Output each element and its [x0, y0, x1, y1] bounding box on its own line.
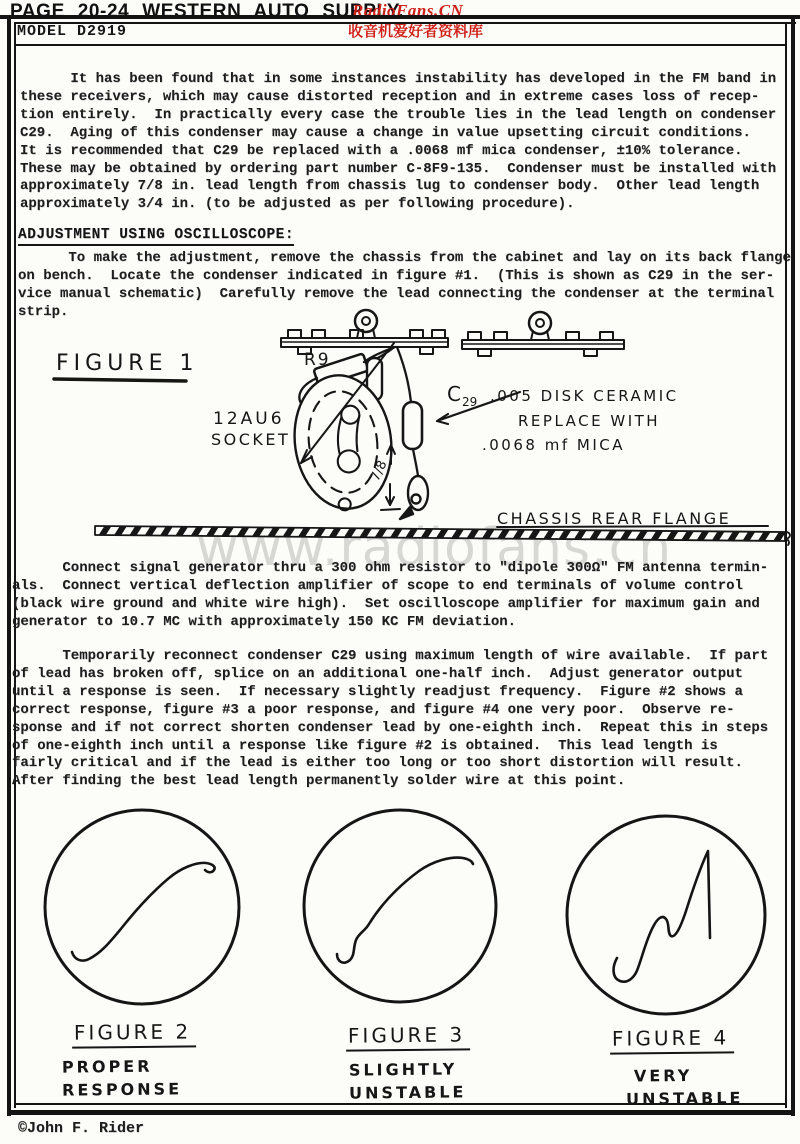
wire-c29-lead: [413, 449, 418, 476]
figure4-caption-line1: VERY: [634, 1063, 744, 1087]
section-heading-adjustment: ADJUSTMENT USING OSCILLOSCOPE:: [18, 227, 294, 246]
figure2-title: FIGURE 2: [72, 1019, 196, 1048]
terminal-strip-1: [281, 310, 448, 354]
very-unstable-trace: [614, 851, 710, 982]
paragraph-signal-generator: Connect signal generator thru a 300 ohm …: [12, 560, 768, 632]
left-border-thick: [7, 17, 11, 1116]
scope-circle: [567, 816, 765, 1014]
figure1-title: FIGURE 1: [56, 351, 198, 376]
figure4-drawing: [558, 810, 778, 1025]
model-underline: [14, 44, 786, 46]
solder-lug: [400, 476, 428, 519]
top-border-thin: [14, 22, 796, 24]
figure2-caption-line1: PROPER: [62, 1054, 182, 1078]
terminal-strip-2: [462, 312, 624, 356]
paragraph-make-adjustment: To make the adjustment, remove the chass…: [18, 250, 791, 322]
paragraph-instability: It has been found that in some instances…: [20, 71, 776, 214]
figure4-title: FIGURE 4: [610, 1025, 734, 1054]
figure1-socket-label-2: SOCKET: [211, 430, 290, 449]
figure3-drawing: [296, 806, 506, 1014]
page-title: PAGE 20-24 WESTERN AUTO SUPPLY.: [10, 1, 404, 23]
wire-to-c29: [397, 347, 411, 402]
scope-circle: [304, 810, 496, 1002]
scope-circle: [45, 810, 239, 1004]
top-border-thick: [0, 15, 800, 19]
figure1-annotation-1: .005 DISK CERAMIC: [490, 387, 679, 405]
figure1-annotation-2: REPLACE WITH: [518, 412, 660, 430]
figure1-flange-label: CHASSIS REAR FLANGE: [497, 509, 731, 528]
right-border-thin: [785, 22, 787, 1108]
scanned-service-manual-page: PAGE 20-24 WESTERN AUTO SUPPLY. RadioFan…: [0, 0, 800, 1144]
figure1-c29-sub: 29: [462, 395, 477, 409]
figure3-caption-line1: SLIGHTLY: [349, 1057, 467, 1081]
chassis-flange-bar: [95, 526, 785, 541]
paragraph-reconnect-c29: Temporarily reconnect condenser C29 usin…: [12, 648, 768, 791]
figure4-caption-line2: UNSTABLE: [626, 1086, 744, 1110]
rider-credit: ©John F. Rider: [18, 1120, 144, 1138]
figure1-socket-label-1: 12AU6: [213, 409, 285, 429]
right-border-thick: [791, 17, 795, 1116]
figure4-caption: VERY UNSTABLE: [626, 1063, 744, 1110]
figure1-drawing: FIGURE 1: [10, 312, 790, 560]
figure1-c29-label: C: [447, 382, 461, 406]
proper-response-trace: [72, 863, 215, 961]
flange-end-squiggle: [786, 532, 790, 545]
bottom-border-thick: [7, 1110, 795, 1115]
figure1-annotation-3: .0068 mf MICA: [482, 436, 625, 454]
condenser-c29: [403, 402, 422, 449]
figure3-caption-line2: UNSTABLE: [349, 1080, 467, 1104]
figure3-caption: SLIGHTLY UNSTABLE: [349, 1057, 467, 1104]
figure2-drawing: [38, 806, 250, 1018]
figure2-caption: PROPER RESPONSE: [62, 1054, 182, 1101]
model-number: MODEL D2919: [17, 23, 127, 40]
figure3-title: FIGURE 3: [346, 1022, 470, 1051]
figure2-caption-line2: RESPONSE: [62, 1077, 182, 1101]
slightly-unstable-trace: [337, 858, 473, 963]
